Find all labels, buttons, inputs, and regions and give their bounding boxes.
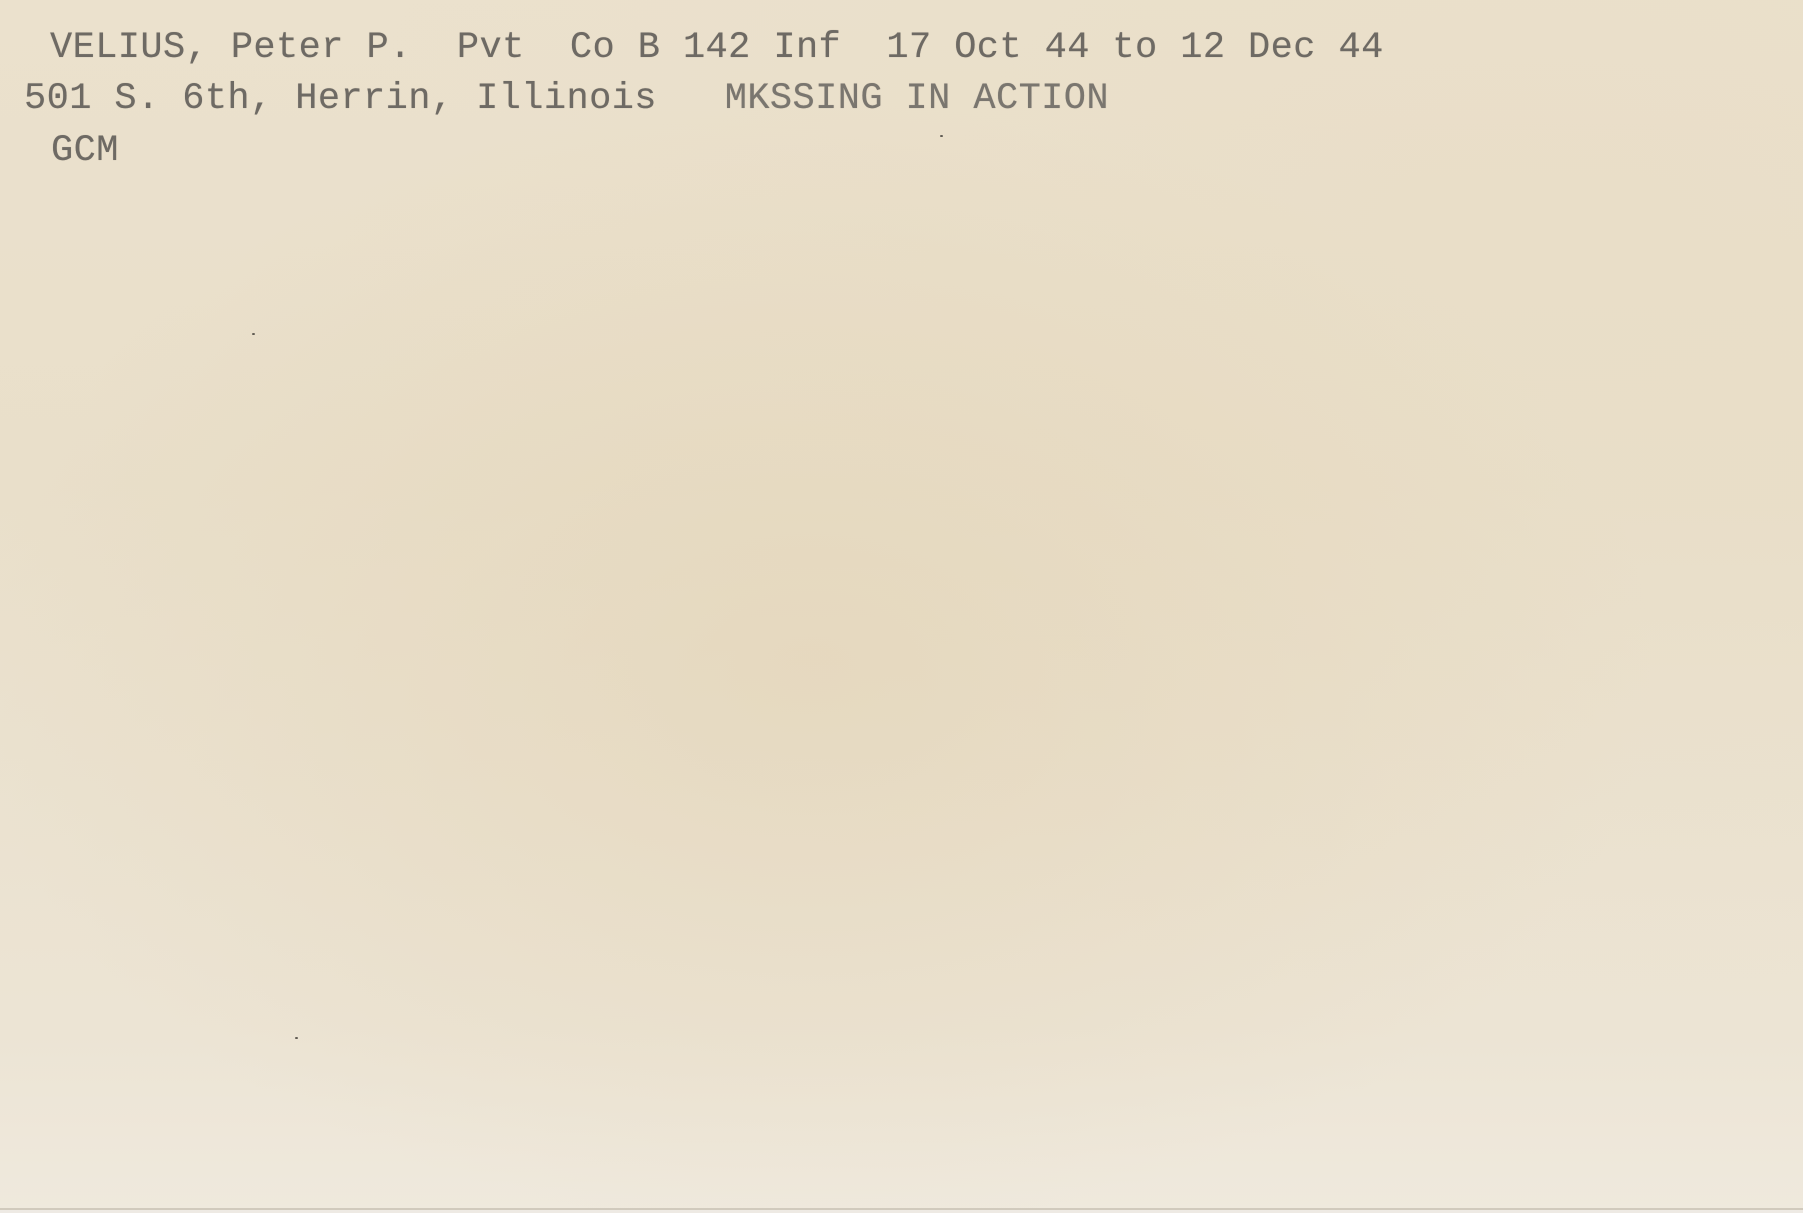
soldier-unit: Co B 142 Inf: [570, 27, 841, 69]
card-line-header: VELIUS, Peter P. Pvt Co B 142 Inf 17 Oct…: [50, 27, 1384, 69]
award-code: GCM: [51, 130, 119, 172]
paper-speck: [252, 333, 255, 335]
soldier-name: VELIUS, Peter P.: [50, 27, 412, 69]
index-card: VELIUS, Peter P. Pvt Co B 142 Inf 17 Oct…: [0, 0, 1803, 1210]
paper-speck: [295, 1037, 298, 1039]
home-address: 501 S. 6th, Herrin, Illinois: [24, 78, 657, 120]
casualty-status: MKSSING IN ACTION: [725, 78, 1109, 120]
paper-speck: [940, 135, 943, 137]
soldier-rank: Pvt: [457, 27, 525, 69]
card-line-address: 501 S. 6th, Herrin, Illinois MKSSING IN …: [24, 78, 1109, 120]
card-line-code: GCM: [51, 130, 119, 172]
service-dates: 17 Oct 44 to 12 Dec 44: [886, 27, 1383, 69]
